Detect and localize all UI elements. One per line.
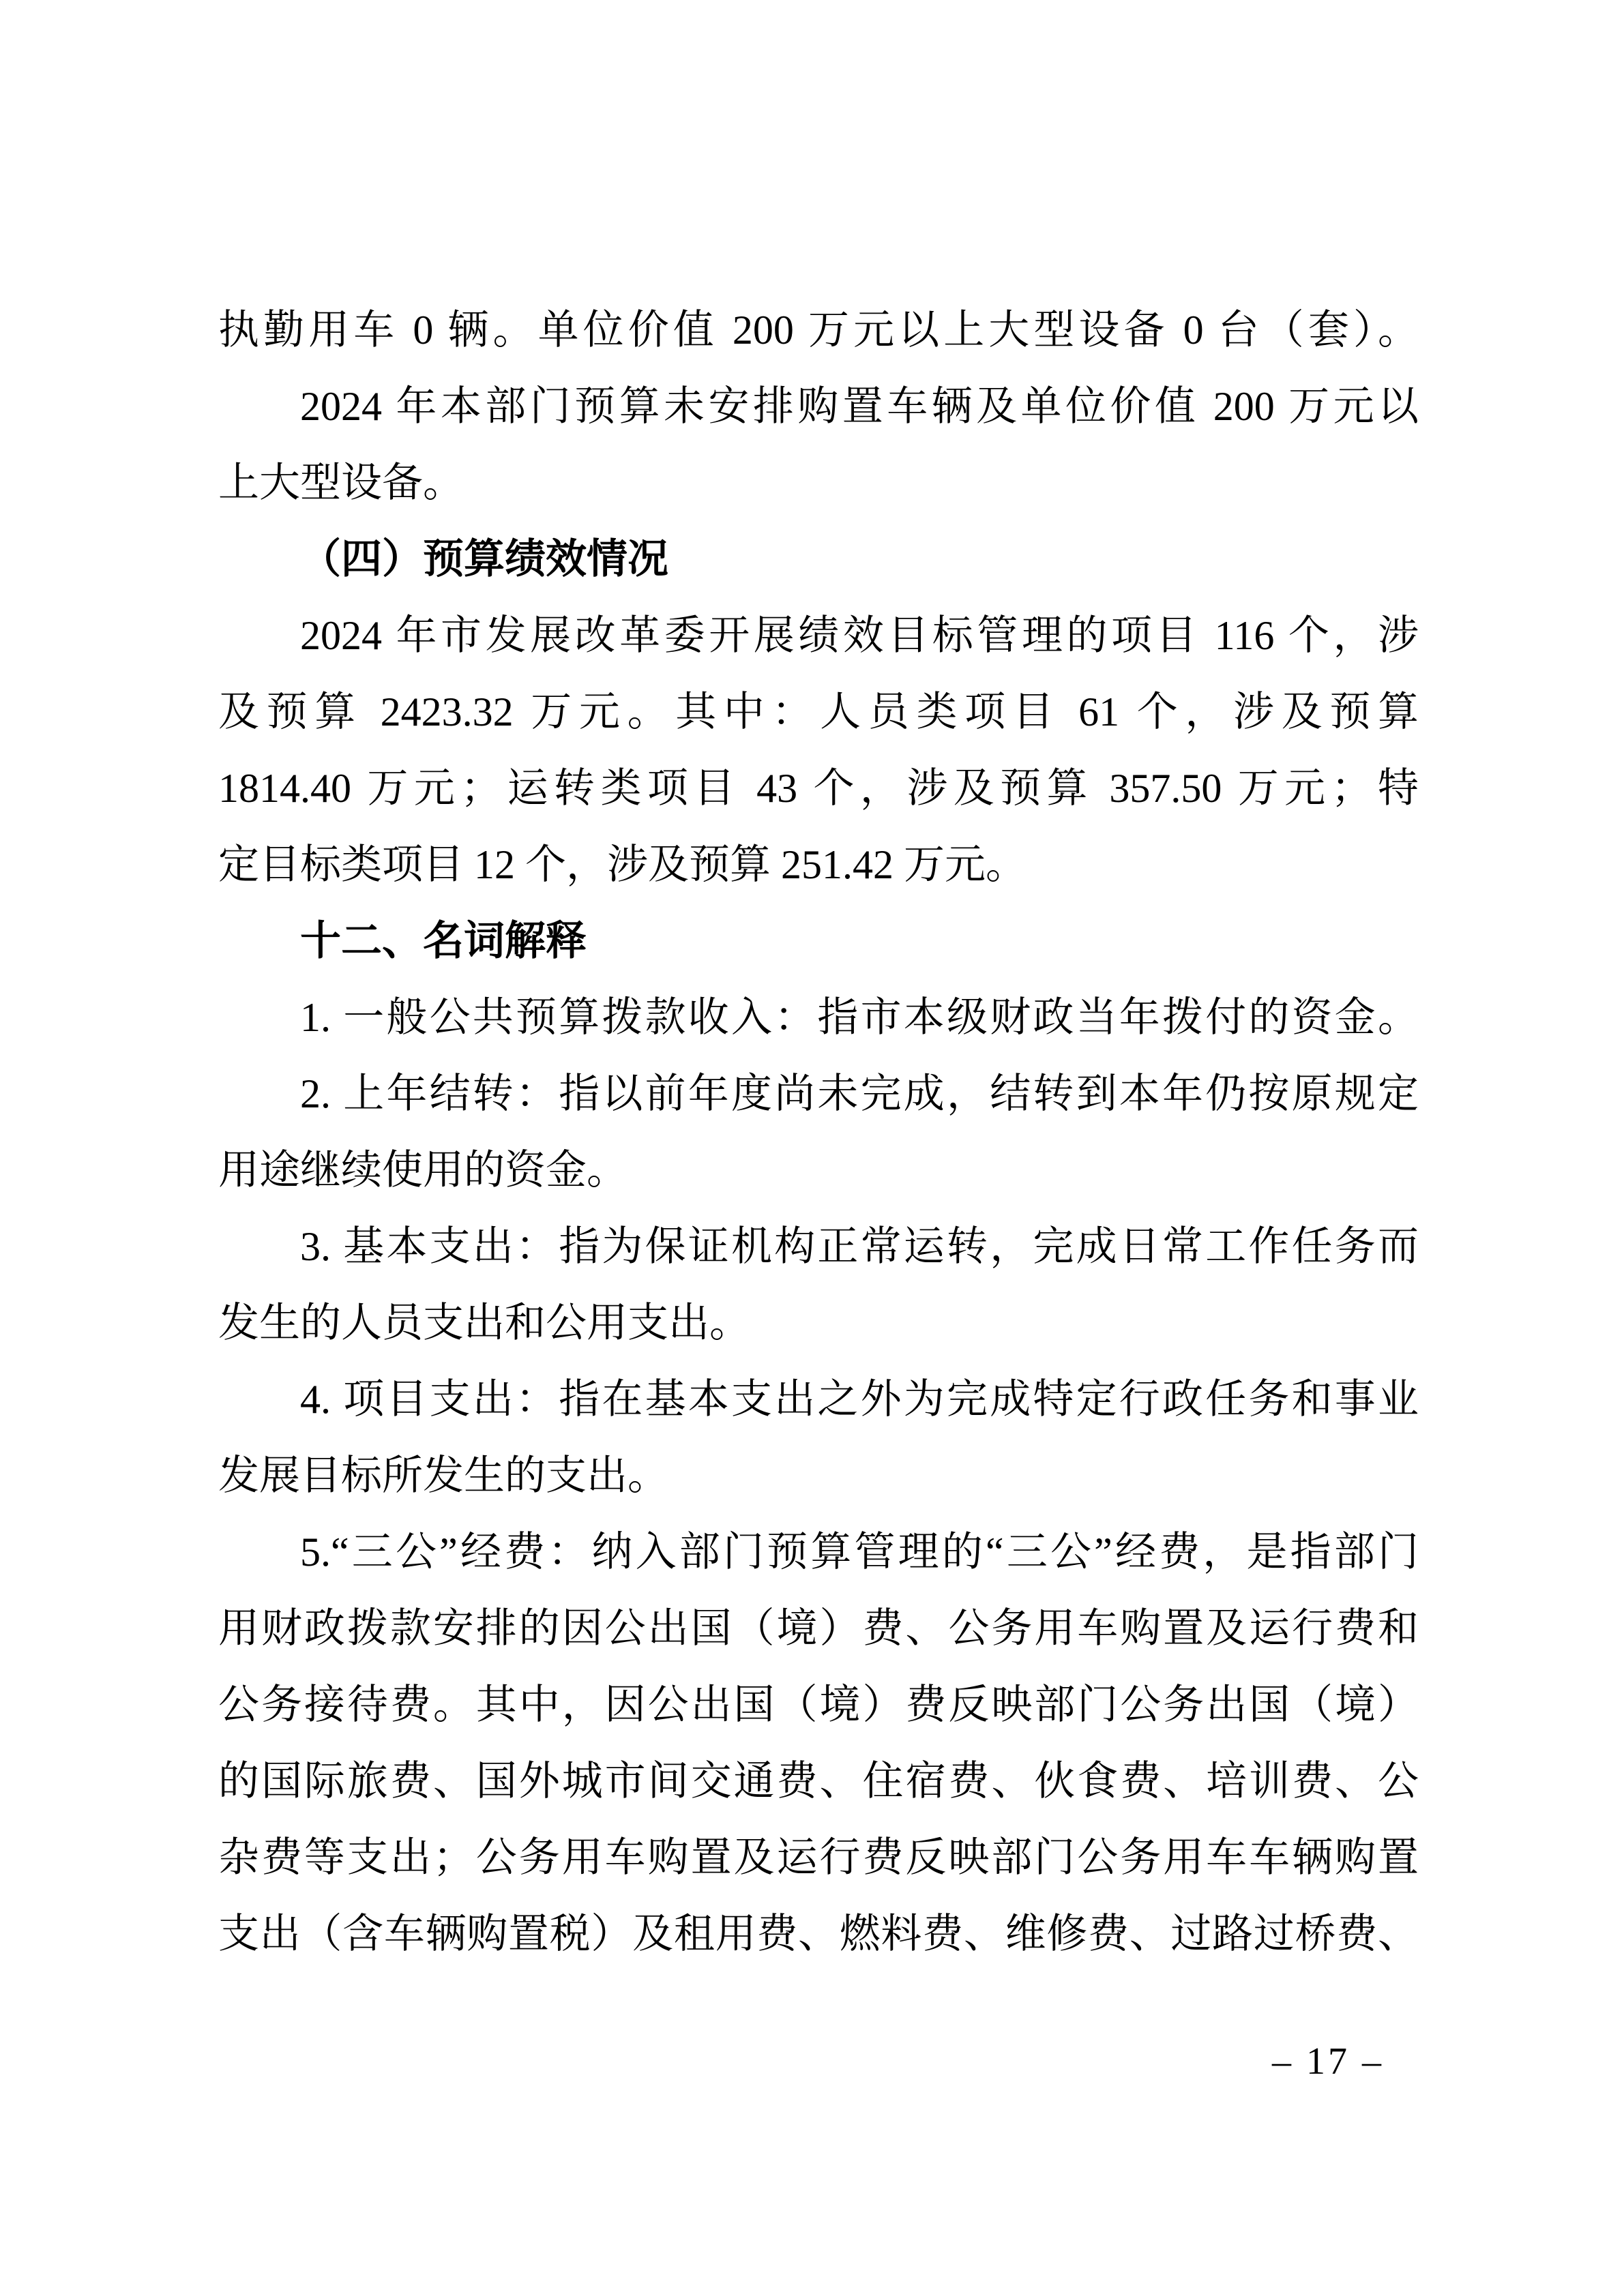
- text-line: 3. 基本支出：指为保证机构正常运转，完成日常工作任务而: [218, 1208, 1419, 1285]
- text-line: 发展目标所发生的支出。: [218, 1437, 1419, 1514]
- text-line: 支出（含车辆购置税）及租用费、燃料费、维修费、过路过桥费、: [218, 1896, 1419, 1972]
- heading-line: （四）预算绩效情况: [218, 521, 1419, 597]
- document-body: 执勤用车 0 辆。单位价值 200 万元以上大型设备 0 台（套）。2024 年…: [218, 292, 1419, 1972]
- document-page: 执勤用车 0 辆。单位价值 200 万元以上大型设备 0 台（套）。2024 年…: [0, 0, 1624, 2296]
- text-line: 及预算 2423.32 万元。其中：人员类项目 61 个，涉及预算: [218, 674, 1419, 750]
- text-line: 4. 项目支出：指在基本支出之外为完成特定行政任务和事业: [218, 1361, 1419, 1437]
- text-line: 执勤用车 0 辆。单位价值 200 万元以上大型设备 0 台（套）。: [218, 292, 1419, 368]
- page-number: – 17 –: [1272, 2041, 1384, 2082]
- text-line: 用财政拨款安排的因公出国（境）费、公务用车购置及运行费和: [218, 1590, 1419, 1667]
- text-line: 公务接待费。其中，因公出国（境）费反映部门公务出国（境）: [218, 1667, 1419, 1743]
- text-line: 定目标类项目 12 个，涉及预算 251.42 万元。: [218, 826, 1419, 903]
- text-line: 杂费等支出；公务用车购置及运行费反映部门公务用车车辆购置: [218, 1819, 1419, 1896]
- text-line: 上大型设备。: [218, 445, 1419, 521]
- text-line: 2024 年本部门预算未安排购置车辆及单位价值 200 万元以: [218, 368, 1419, 445]
- text-line: 的国际旅费、国外城市间交通费、住宿费、伙食费、培训费、公: [218, 1743, 1419, 1819]
- text-line: 2024 年市发展改革委开展绩效目标管理的项目 116 个，涉: [218, 597, 1419, 674]
- text-line: 1. 一般公共预算拨款收入：指市本级财政当年拨付的资金。: [218, 979, 1419, 1056]
- text-line: 用途继续使用的资金。: [218, 1132, 1419, 1208]
- text-line: 1814.40 万元；运转类项目 43 个，涉及预算 357.50 万元；特: [218, 750, 1419, 826]
- text-line: 5.“三公”经费：纳入部门预算管理的“三公”经费，是指部门: [218, 1514, 1419, 1590]
- text-line: 2. 上年结转：指以前年度尚未完成，结转到本年仍按原规定: [218, 1056, 1419, 1132]
- heading-line: 十二、名词解释: [218, 903, 1419, 979]
- text-line: 发生的人员支出和公用支出。: [218, 1285, 1419, 1361]
